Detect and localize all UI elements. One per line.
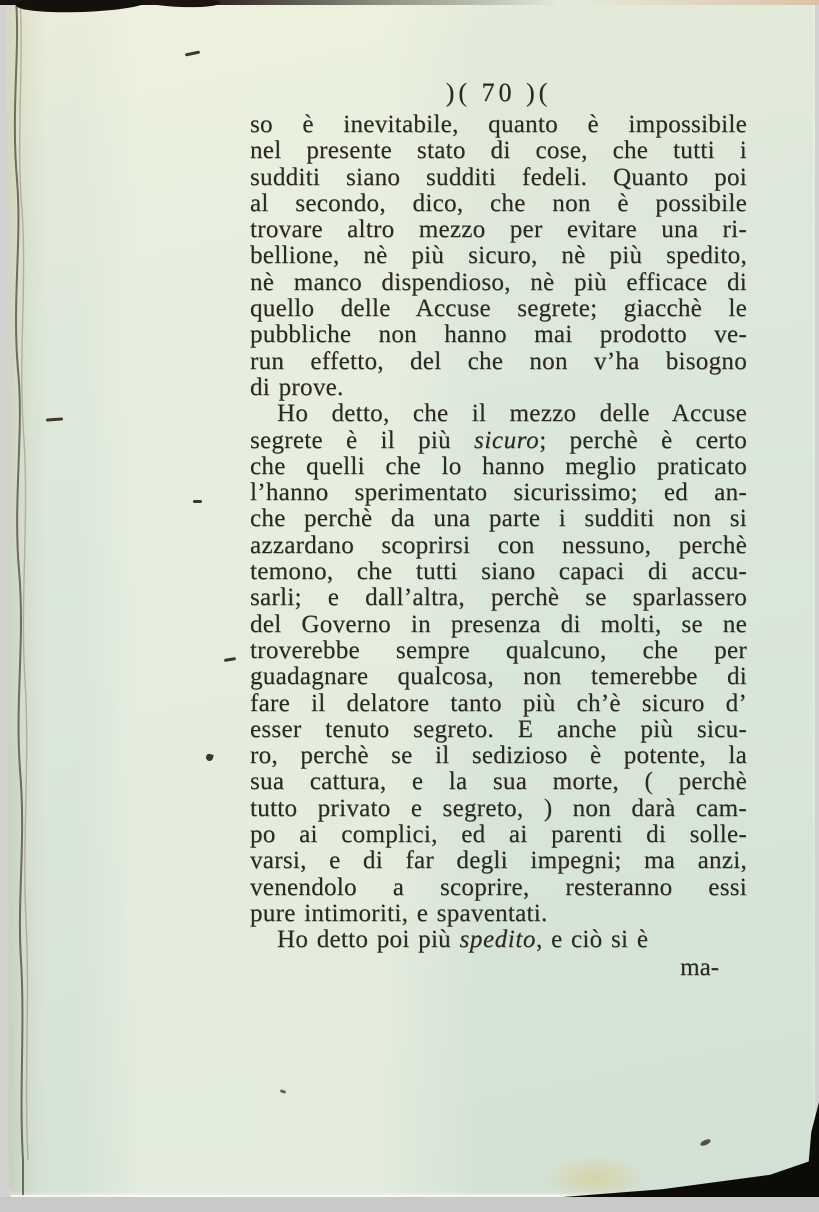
text-line: guadagnare qualcosa, non temerebbe di xyxy=(250,664,747,690)
text-line: pubbliche non hanno mai prodotto ve- xyxy=(250,322,747,348)
text-segment: pure intimoriti, e spaventati. xyxy=(250,900,548,927)
text-line: al secondo, dico, che non è possibile xyxy=(250,191,747,217)
text-segment: troverebbe sempre qualcuno, che per xyxy=(250,637,747,664)
catchword: ma- xyxy=(250,954,747,982)
text-segment: del Governo in presenza di molti, se ne xyxy=(250,611,747,638)
text-line: tutto privato e segreto, ) non darà cam- xyxy=(250,796,747,822)
text-segment: esser tenuto segreto. E anche più sicu- xyxy=(250,716,747,743)
page-number-header: )( 70 )( xyxy=(250,78,747,108)
text-segment: pubbliche non hanno mai prodotto ve- xyxy=(250,321,747,348)
text-segment: so è inevitabile, quanto è impossibile xyxy=(250,111,747,138)
text-segment: l’hanno sperimentato sicurissimo; ed an- xyxy=(250,479,747,506)
text-segment: fare il delatore tanto più ch’è sicuro d… xyxy=(250,690,747,717)
text-line: varsi, e di far degli impegni; ma anzi, xyxy=(250,848,747,874)
text-line: trovare altro mezzo per evitare una ri- xyxy=(250,217,747,243)
text-segment: Ho detto poi più xyxy=(277,926,460,953)
text-segment: al secondo, dico, che non è possibile xyxy=(250,190,747,217)
torn-gutter-edge xyxy=(0,0,46,1212)
text-segment: varsi, e di far degli impegni; ma anzi, xyxy=(250,847,747,874)
text-segment: azzardano scoprirsi con nessuno, perchè xyxy=(250,532,747,559)
text-line: sua cattura, e la sua morte, ( perchè xyxy=(250,769,747,795)
text-segment: trovare altro mezzo per evitare una ri- xyxy=(250,216,747,243)
text-line: sudditi siano sudditi fedeli. Quanto poi xyxy=(250,165,747,191)
text-line: che perchè da una parte i sudditi non si xyxy=(250,506,747,532)
scanned-book-page: )( 70 )( so è inevitabile, quanto è impo… xyxy=(0,0,819,1212)
text-line: sarli; e dall’altra, perchè se sparlasse… xyxy=(250,585,747,611)
text-line: Ho detto, che il mezzo delle Accuse xyxy=(250,401,747,427)
text-segment: ; perchè è certo xyxy=(539,427,747,454)
text-segment: ro, perchè se il sedizioso è potente, la xyxy=(250,742,747,769)
body-text: so è inevitabile, quanto è impossibilene… xyxy=(250,112,747,954)
text-segment: temono, che tutti siano capaci di accu- xyxy=(250,558,747,585)
text-line: che quelli che lo hanno meglio praticato xyxy=(250,454,747,480)
ink-speck xyxy=(193,500,202,503)
text-segment: run effetto, del che non v’ha bisogno xyxy=(250,348,747,375)
text-segment: di prove. xyxy=(250,374,344,401)
text-line: quello delle Accuse segrete; giacchè le xyxy=(250,296,747,322)
text-line: nè manco dispendioso, nè più efficace di xyxy=(250,270,747,296)
text-line: ro, perchè se il sedizioso è potente, la xyxy=(250,743,747,769)
text-line: troverebbe sempre qualcuno, che per xyxy=(250,638,747,664)
text-segment: sarli; e dall’altra, perchè se sparlasse… xyxy=(250,584,747,611)
text-segment: nè manco dispendioso, nè più efficace di xyxy=(250,269,747,296)
italic-text-segment: sicuro xyxy=(474,427,539,454)
text-segment: tutto privato e segreto, ) non darà cam- xyxy=(250,795,747,822)
text-line: po ai complici, ed ai parenti di solle- xyxy=(250,822,747,848)
text-line: fare il delatore tanto più ch’è sicuro d… xyxy=(250,691,747,717)
text-segment: venendolo a scoprire, resteranno essi xyxy=(250,874,747,901)
text-line: temono, che tutti siano capaci di accu- xyxy=(250,559,747,585)
text-line: esser tenuto segreto. E anche più sicu- xyxy=(250,717,747,743)
top-right-edge-tint xyxy=(569,0,819,5)
text-line: bellione, nè più sicuro, nè più spedito, xyxy=(250,243,747,269)
text-line: azzardano scoprirsi con nessuno, perchè xyxy=(250,533,747,559)
text-segment: sua cattura, e la sua morte, ( perchè xyxy=(250,768,747,795)
text-line: pure intimoriti, e spaventati. xyxy=(250,901,747,927)
text-line: venendolo a scoprire, resteranno essi xyxy=(250,875,747,901)
text-line: nel presente stato di cose, che tutti i xyxy=(250,138,747,164)
text-segment: segrete è il più xyxy=(250,427,474,454)
text-line: segrete è il più sicuro; perchè è certo xyxy=(250,428,747,454)
text-segment: quello delle Accuse segrete; giacchè le xyxy=(250,295,747,322)
text-line: del Governo in presenza di molti, se ne xyxy=(250,612,747,638)
text-segment: che quelli che lo hanno meglio praticato xyxy=(250,453,747,480)
text-segment: guadagnare qualcosa, non temerebbe di xyxy=(250,663,747,690)
italic-text-segment: spedito xyxy=(460,926,536,953)
text-line: Ho detto poi più spedito, e ciò si è xyxy=(250,927,747,953)
text-segment: bellione, nè più sicuro, nè più spedito, xyxy=(250,242,747,269)
scanner-bed-strip xyxy=(0,1197,819,1212)
text-segment: nel presente stato di cose, che tutti i xyxy=(250,137,747,164)
text-segment: , e ciò si è xyxy=(536,926,648,953)
text-segment: po ai complici, ed ai parenti di solle- xyxy=(250,821,747,848)
text-line: so è inevitabile, quanto è impossibile xyxy=(250,112,747,138)
text-line: l’hanno sperimentato sicurissimo; ed an- xyxy=(250,480,747,506)
text-line: di prove. xyxy=(250,375,747,401)
text-line: run effetto, del che non v’ha bisogno xyxy=(250,349,747,375)
text-segment: sudditi siano sudditi fedeli. Quanto poi xyxy=(250,164,747,191)
text-segment: che perchè da una parte i sudditi non si xyxy=(250,505,747,532)
text-segment: Ho detto, che il mezzo delle Accuse xyxy=(277,400,747,427)
